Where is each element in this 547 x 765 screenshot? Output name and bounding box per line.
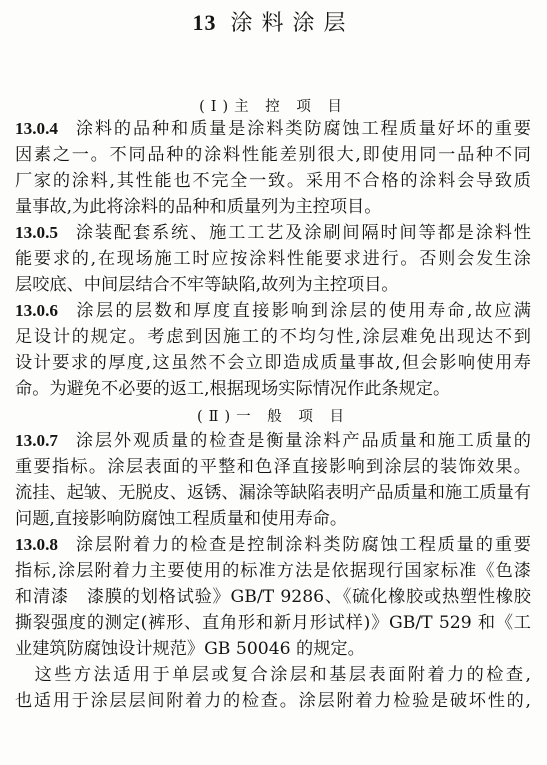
text-line: 厂家的涂料,其性能也不完全一致。采用不合格的涂料会导致质	[15, 168, 531, 194]
clause-13-0-6-line-1: 13.0.6涂层的层数和厚度直接影响到涂层的使用寿命,故应满	[15, 298, 531, 324]
text-line: 量事故,为此将涂料的品种和质量列为主控项目。	[15, 194, 531, 220]
chapter-title: 13涂料涂层	[0, 6, 547, 37]
text-line: 因素之一。不同品种的涂料性能差别很大,即使用同一品种不同	[15, 142, 531, 168]
chapter-number: 13	[192, 10, 216, 35]
paragraph-line: 这些方法适用于单层或复合涂层和基层表面附着力的检查,	[15, 662, 531, 688]
chapter-name: 涂料涂层	[230, 11, 354, 36]
text-line: 也适用于涂层层间附着力的检查。涂层附着力检验是破坏性的,	[15, 688, 531, 714]
text-line: 指标,涂层附着力主要使用的标准方法是依据现行国家标准《色漆	[15, 558, 531, 584]
clause-13-0-7-line-1: 13.0.7涂层外观质量的检查是衡量涂料产品质量和施工质量的	[15, 428, 531, 454]
text-line: 撕裂强度的测定(裤形、直角形和新月形试样)》GB/T 529 和《工	[15, 610, 531, 636]
section-heading-main-control: (Ⅰ)主 控 项 目	[0, 95, 547, 116]
clause-number: 13.0.7	[15, 431, 58, 450]
text-line: 问题,直接影响防腐蚀工程质量和使用寿命。	[15, 506, 531, 532]
text-line: 流挂、起皱、无脱皮、返锈、漏涂等缺陷表明产品质量和施工质量有	[15, 480, 531, 506]
section-heading-general: (Ⅱ)一 般 项 目	[0, 405, 547, 426]
clause-13-0-4-line-1: 13.0.4涂料的品种和质量是涂料类防腐蚀工程质量好坏的重要	[15, 116, 531, 142]
text-line: 业建筑防腐蚀设计规范》GB 50046 的规定。	[15, 636, 531, 662]
text-line: 和清漆 漆膜的划格试验》GB/T 9286、《硫化橡胶或热塑性橡胶	[15, 584, 531, 610]
clause-number: 13.0.5	[15, 223, 58, 242]
text-line: 命。为避免不必要的返工,根据现场实际情况作此条规定。	[15, 376, 531, 402]
clause-13-0-5-line-1: 13.0.5涂装配套系统、施工工艺及涂刷间隔时间等都是涂料性	[15, 220, 531, 246]
text-line: 层咬底、中间层结合不牢等缺陷,故列为主控项目。	[15, 272, 531, 298]
text-line: 能要求的,在现场施工时应按涂料性能要求进行。否则会发生涂	[15, 246, 531, 272]
text-line: 足设计的规定。考虑到因施工的不均匀性,涂层难免出现达不到	[15, 324, 531, 350]
clause-13-0-8-line-1: 13.0.8涂层附着力的检查是控制涂料类防腐蚀工程质量的重要	[15, 532, 531, 558]
text-line: 重要指标。涂层表面的平整和色泽直接影响到涂层的装饰效果。	[15, 454, 531, 480]
text-line: 设计要求的厚度,这虽然不会立即造成质量事故,但会影响使用寿	[15, 350, 531, 376]
clause-number: 13.0.6	[15, 301, 58, 320]
clause-number: 13.0.8	[15, 535, 58, 554]
clause-number: 13.0.4	[15, 119, 58, 138]
